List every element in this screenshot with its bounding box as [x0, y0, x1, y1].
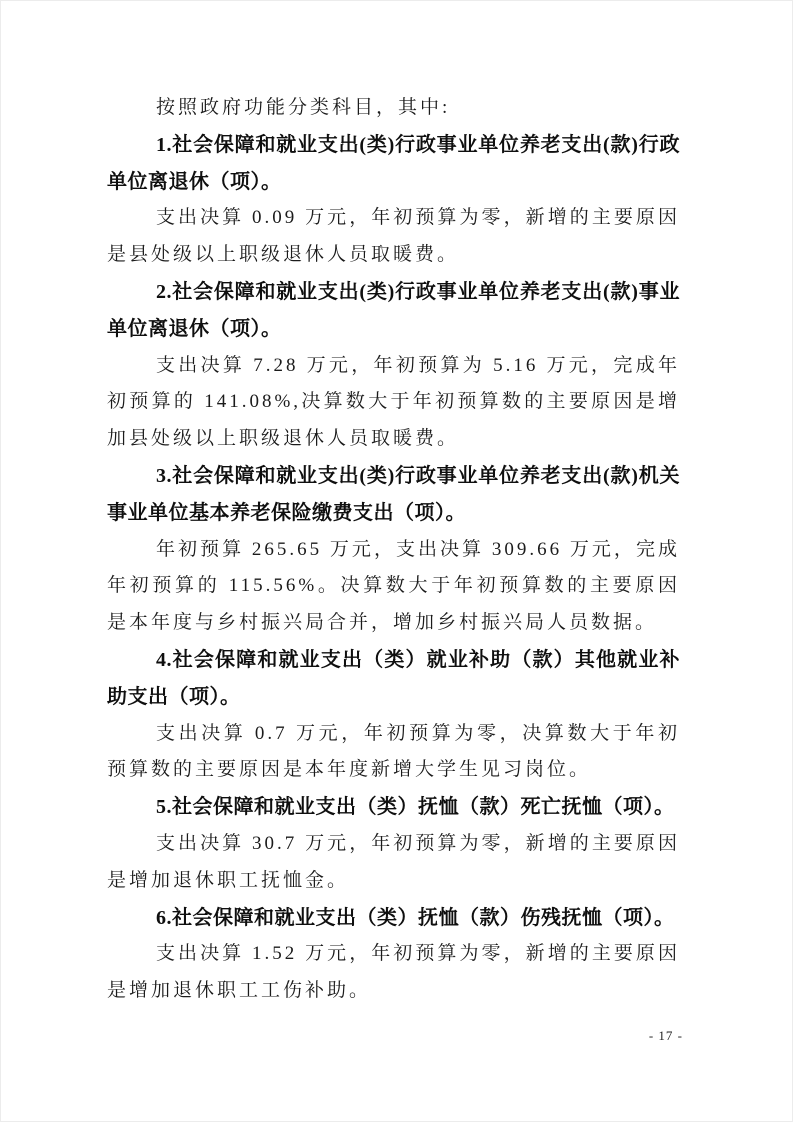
section-1-body: 支出决算 0.09 万元，年初预算为零，新增的主要原因是县处级以上职级退休人员取… [107, 200, 680, 274]
section-4-body: 支出决算 0.7 万元，年初预算为零，决算数大于年初预算数的主要原因是本年度新增… [107, 716, 680, 790]
section-3-heading: 3.社会保障和就业支出(类)行政事业单位养老支出(款)机关事业单位基本养老保险缴… [107, 458, 680, 532]
section-2-body: 支出决算 7.28 万元，年初预算为 5.16 万元，完成年初预算的 141.0… [107, 348, 680, 458]
document-page: 按照政府功能分类科目，其中: 1.社会保障和就业支出(类)行政事业单位养老支出(… [0, 0, 793, 1122]
section-2-heading: 2.社会保障和就业支出(类)行政事业单位养老支出(款)事业单位离退休（项）。 [107, 274, 680, 348]
section-4-heading: 4.社会保障和就业支出（类）就业补助（款）其他就业补助支出（项）。 [107, 642, 680, 716]
section-5-body: 支出决算 30.7 万元，年初预算为零，新增的主要原因是增加退休职工抚恤金。 [107, 826, 680, 900]
section-5-heading: 5.社会保障和就业支出（类）抚恤（款）死亡抚恤（项）。 [107, 789, 680, 826]
section-3-body: 年初预算 265.65 万元，支出决算 309.66 万元，完成年初预算的 11… [107, 532, 680, 642]
section-6-heading: 6.社会保障和就业支出（类）抚恤（款）伤残抚恤（项）。 [107, 900, 680, 937]
page-number: - 17 - [649, 1028, 683, 1044]
section-1-heading: 1.社会保障和就业支出(类)行政事业单位养老支出(款)行政单位离退休（项）。 [107, 127, 680, 201]
intro-paragraph: 按照政府功能分类科目，其中: [107, 90, 680, 127]
section-6-body: 支出决算 1.52 万元，年初预算为零，新增的主要原因是增加退休职工工伤补助。 [107, 936, 680, 1010]
page-body: 按照政府功能分类科目，其中: 1.社会保障和就业支出(类)行政事业单位养老支出(… [107, 90, 680, 1010]
